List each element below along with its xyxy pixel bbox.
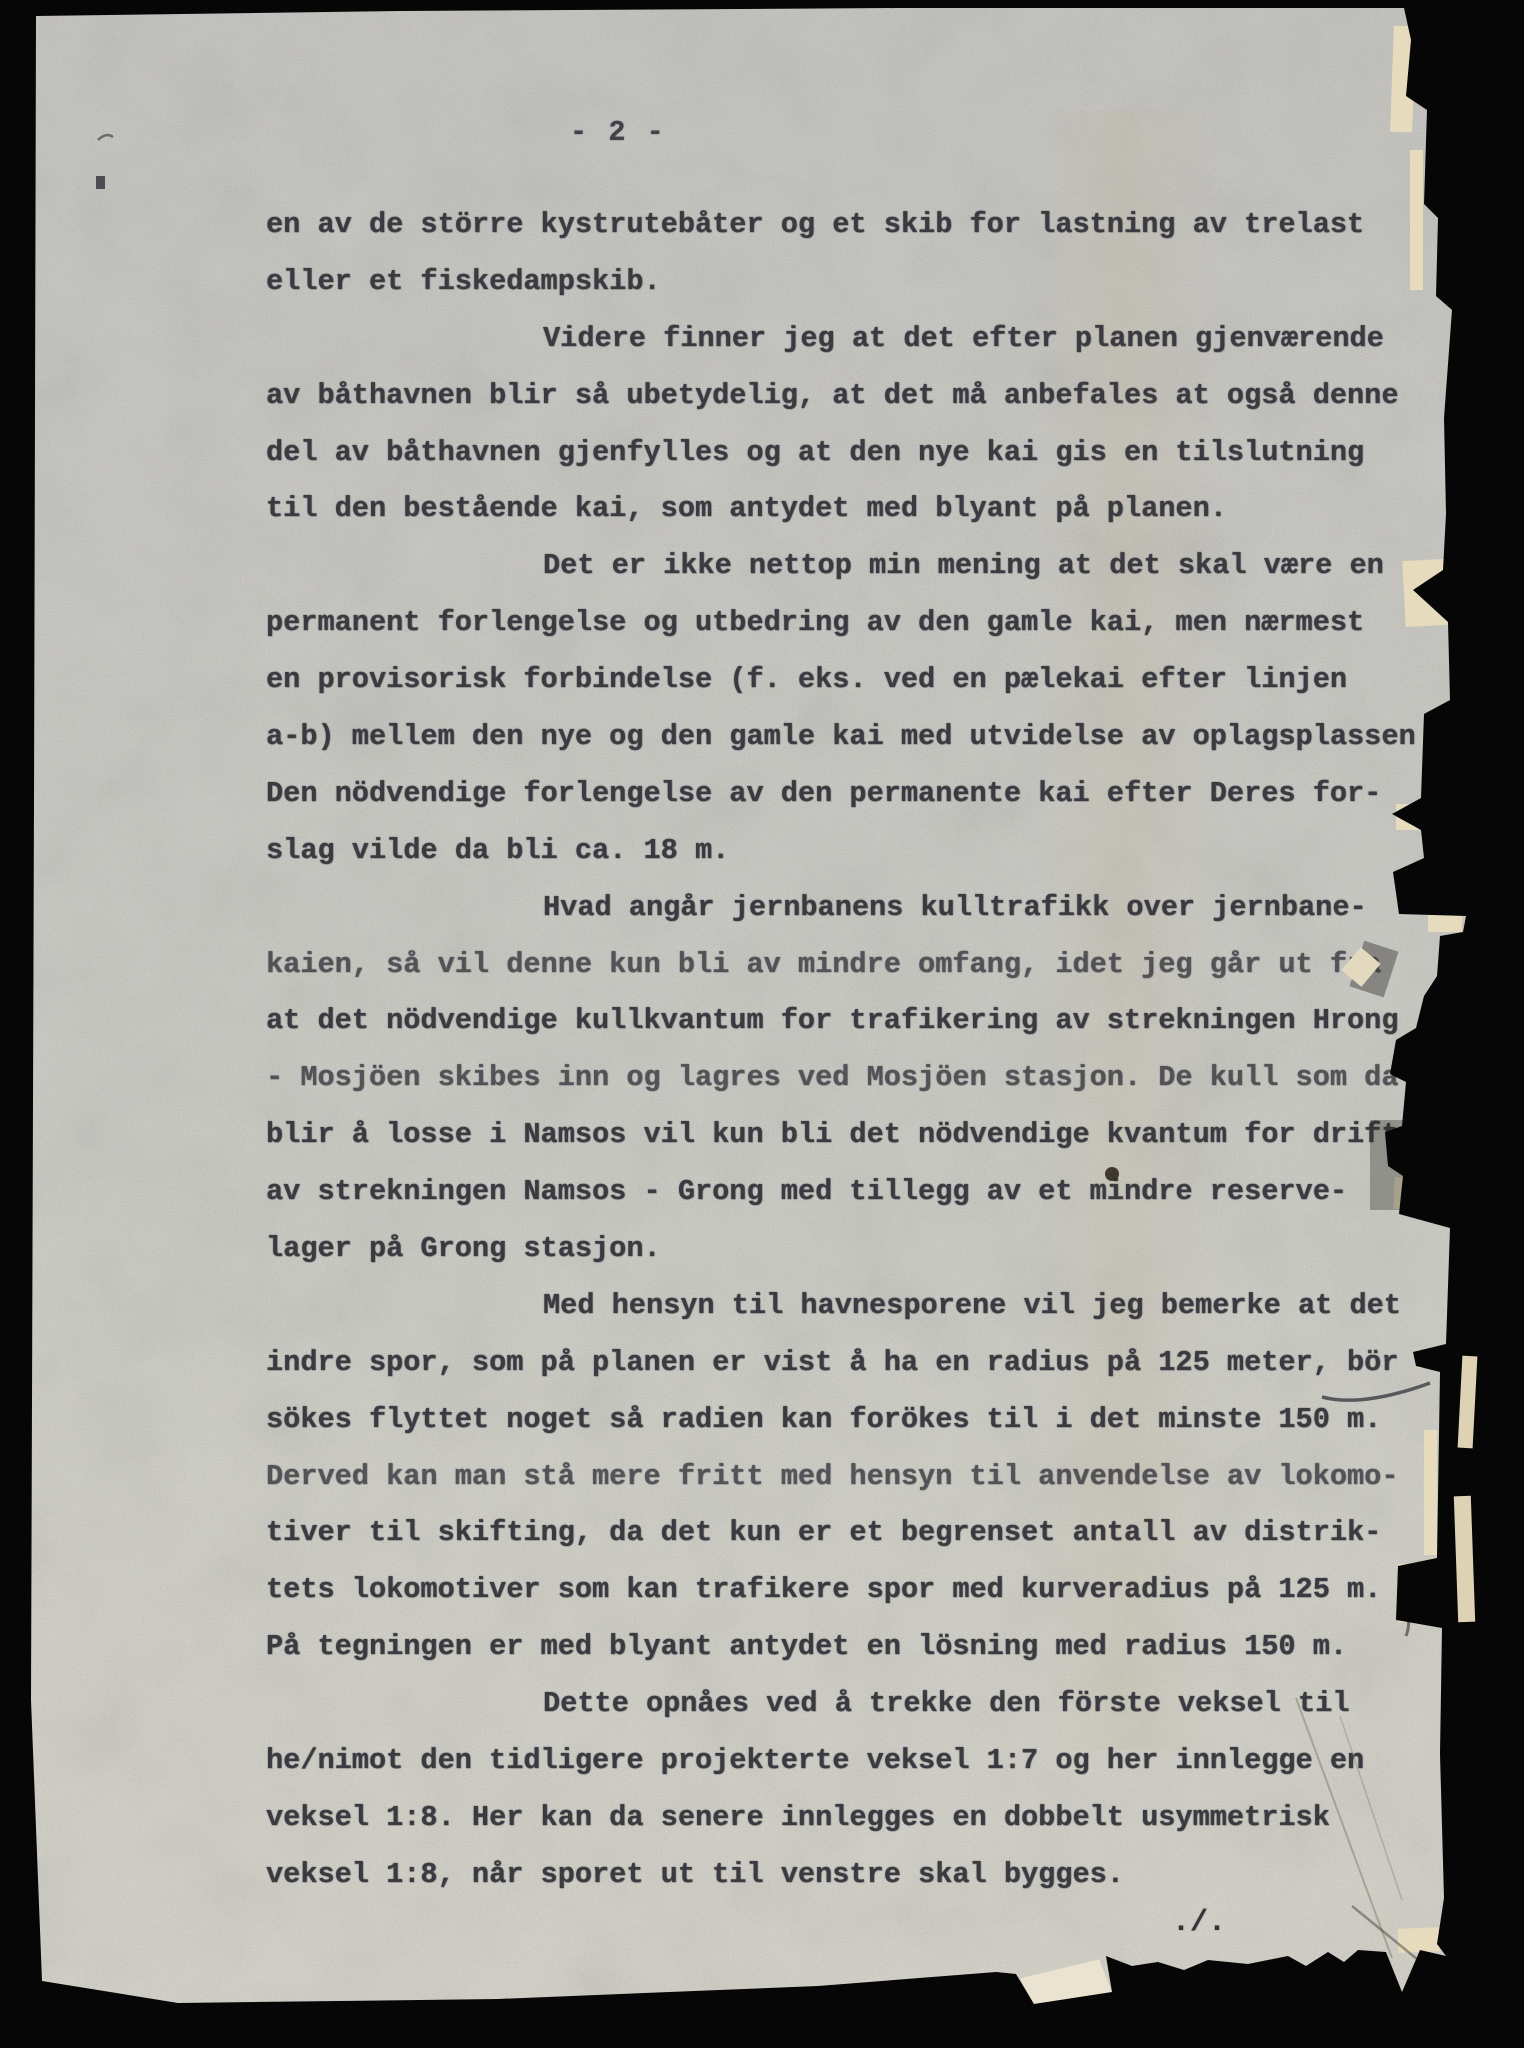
text-line: Videre finner jeg at det efter planen gj… [266, 311, 1416, 368]
torn-edge-fiber [1424, 1430, 1437, 1555]
torn-edge-fiber [1398, 1564, 1438, 1622]
text-line: Med hensyn til havnesporene vil jeg beme… [266, 1278, 1416, 1335]
text-line: slag vilde da bli ca. 18 m. [266, 823, 1416, 880]
text-line: en provisorisk forbindelse (f. eks. ved … [266, 652, 1416, 709]
torn-edge-fiber [1428, 906, 1462, 932]
scanned-document-page: - 2 - en av de större kystrutebåter og e… [0, 0, 1524, 2048]
torn-edge-fiber [1410, 150, 1423, 290]
text-line: veksel 1:8, når sporet ut til venstre sk… [266, 1847, 1416, 1904]
text-line: sökes flyttet noget så radien kan foröke… [266, 1392, 1416, 1449]
torn-edge-fiber [1398, 1927, 1441, 1952]
text-line: Hvad angår jernbanens kulltrafikk over j… [266, 880, 1416, 937]
text-line: - Mosjöen skibes inn og lagres ved Mosjö… [266, 1050, 1416, 1107]
text-line: Det er ikke nettop min mening at det ska… [266, 538, 1416, 595]
document-text: en av de större kystrutebåter og et skib… [266, 197, 1416, 1904]
pencil-stroke [1412, 1588, 1426, 1622]
text-line: På tegningen er med blyant antydet en lö… [266, 1619, 1416, 1676]
margin-mark [96, 176, 105, 189]
torn-edge-fiber [1402, 559, 1447, 627]
text-line: kaien, så vil denne kun bli av mindre om… [266, 937, 1416, 994]
tear-shadow [1370, 1120, 1404, 1210]
text-line: eller et fiskedampskib. [266, 254, 1416, 311]
margin-mark [98, 135, 113, 140]
torn-edge-fiber [1396, 804, 1418, 830]
text-line: he/nimot den tidligere projekterte vekse… [266, 1733, 1416, 1790]
paper-sheet: - 2 - en av de större kystrutebåter og e… [0, 0, 1524, 2048]
text-line: Dette opnåes ved å trekke den förste vek… [266, 1676, 1416, 1733]
text-line: en av de större kystrutebåter og et skib… [266, 197, 1416, 254]
text-line: lager på Grong stasjon. [266, 1221, 1416, 1278]
torn-edge-fiber [1418, 1350, 1444, 1368]
text-line: tets lokomotiver som kan trafikere spor … [266, 1562, 1416, 1619]
detached-paper-sliver [1458, 1356, 1478, 1449]
text-line: av strekningen Namsos - Grong med tilleg… [266, 1164, 1416, 1221]
page-number: - 2 - [570, 116, 666, 149]
text-line: tiver til skifting, da det kun er et beg… [266, 1505, 1416, 1562]
text-line: Den nödvendige forlengelse av den perman… [266, 766, 1416, 823]
continuation-mark: ./. [1172, 1906, 1226, 1940]
text-line: veksel 1:8. Her kan da senere innlegges … [266, 1790, 1416, 1847]
text-line: indre spor, som på planen er vist å ha e… [266, 1335, 1416, 1392]
text-line: blir å losse i Namsos vil kun bli det nö… [266, 1107, 1416, 1164]
text-line: del av båthavnen gjenfylles og at den ny… [266, 425, 1416, 482]
text-line: til den bestående kai, som antydet med b… [266, 481, 1416, 538]
folded-corner [1014, 1954, 1118, 2008]
text-line: permanent forlengelse og utbedring av de… [266, 595, 1416, 652]
torn-edge-fiber [1390, 26, 1416, 133]
text-line: at det nödvendige kullkvantum for trafik… [266, 993, 1416, 1050]
text-line: Derved kan man stå mere fritt med hensyn… [266, 1449, 1416, 1506]
text-line: av båthavnen blir så ubetydelig, at det … [266, 368, 1416, 425]
text-line: a-b) mellem den nye og den gamle kai med… [266, 709, 1416, 766]
detached-paper-sliver [1454, 1496, 1475, 1623]
